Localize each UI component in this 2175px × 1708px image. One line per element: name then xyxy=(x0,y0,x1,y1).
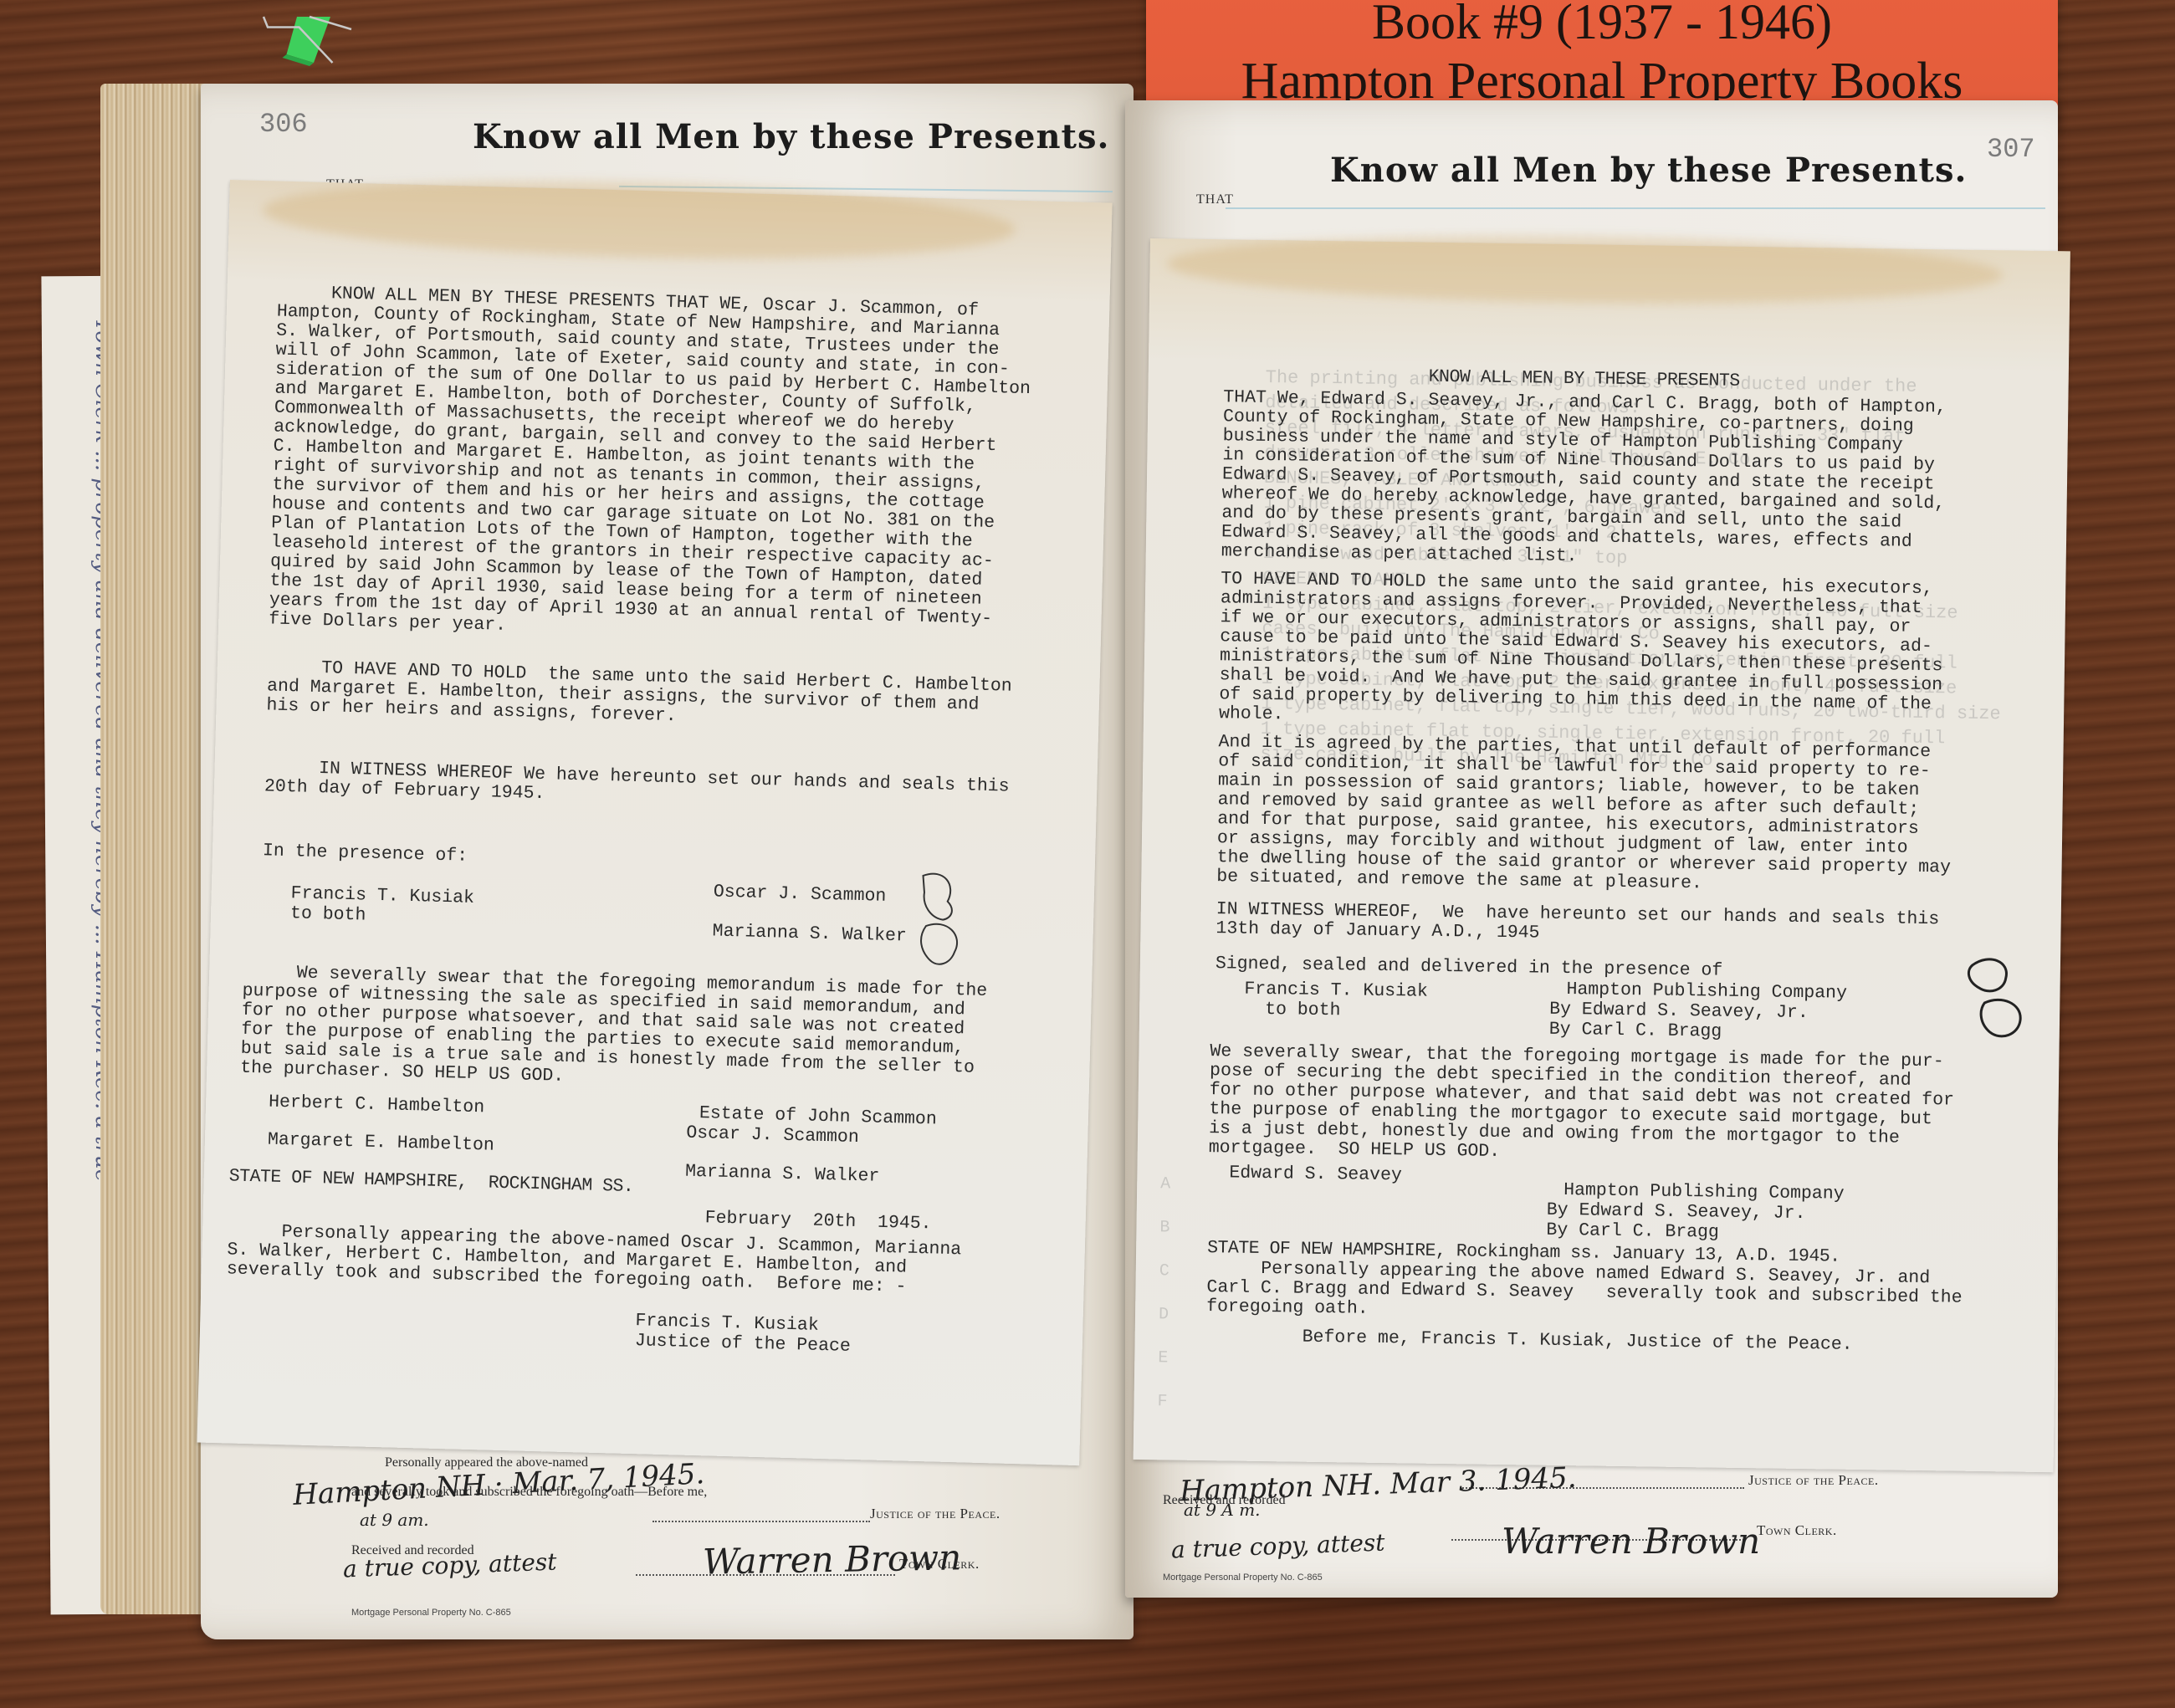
ruled-line xyxy=(1226,207,2045,209)
jurat-text: Personally appearing the above named Edw… xyxy=(1206,1259,1963,1327)
oath-signer-left: Edward S. Seavey xyxy=(1229,1163,1402,1185)
habendum-clause: TO HAVE AND TO HOLD the same unto the sa… xyxy=(1219,570,1944,734)
bleed-through-margin-letters: A B C D E F xyxy=(1157,1163,1170,1424)
signer-bragg: By Carl C. Bragg xyxy=(1549,1020,1722,1042)
archive-label-book-number: Book #9 (1937 - 1946) xyxy=(1146,0,2058,49)
page-header-title: Know all Men by these Presents. xyxy=(473,117,1109,156)
witness-clause: IN WITNESS WHEREOF, We have hereunto set… xyxy=(1215,900,1939,949)
agreement-clause: And it is agreed by the parties, that un… xyxy=(1216,733,1952,897)
jurat-date: February 20th 1945. xyxy=(704,1209,931,1234)
presence-label: Signed, sealed and delivered in the pres… xyxy=(1215,954,1723,980)
form-number: Mortgage Personal Property No. C-865 xyxy=(351,1608,511,1618)
oath-signer-right-2: Oscar J. Scammon xyxy=(686,1124,859,1148)
town-clerk-signature: Warren Brown xyxy=(1502,1521,1760,1562)
justice-title: Justice of the Peace xyxy=(635,1332,852,1357)
presence-label: In the presence of: xyxy=(263,841,468,866)
page-header-title: Know all Men by these Presents. xyxy=(1330,151,1967,190)
signer-1: Oscar J. Scammon xyxy=(714,882,887,906)
before-me-line: Before me, Francis T. Kusiak, Justice of… xyxy=(1302,1328,1853,1355)
witness-clause: IN WITNESS WHEREOF We have hereunto set … xyxy=(264,758,1010,816)
thumbprint-seal-icon xyxy=(895,867,973,977)
habendum-clause: TO HAVE AND TO HOLD the same unto the sa… xyxy=(266,657,1012,734)
witness-note: to both xyxy=(290,904,366,925)
form-justice-label: Justice of the Peace. xyxy=(870,1506,1000,1522)
oath-signer-right-3: By Carl C. Bragg xyxy=(1546,1221,1719,1243)
oath-signer-left-1: Herbert C. Hambelton xyxy=(269,1093,485,1118)
witness-name: Francis T. Kusiak xyxy=(1244,980,1428,1002)
binder-clip-icon xyxy=(251,0,360,84)
form-town-clerk-label: Town Clerk. xyxy=(1757,1522,1837,1539)
jurat-text: Personally appearing the above-named Osc… xyxy=(227,1221,962,1298)
oath-signer-right-3: Marianna S. Walker xyxy=(685,1163,880,1187)
sale-oath: We severally swear that the foregoing me… xyxy=(240,963,988,1097)
page-number: 306 xyxy=(259,109,308,140)
handwritten-time: at 9 A m. xyxy=(1184,1500,1261,1520)
mortgage-body: THAT We, Edward S. Seavey, Jr., and Carl… xyxy=(1221,388,1947,571)
oath-signer-left-2: Margaret E. Hambelton xyxy=(268,1131,494,1156)
mortgage-oath: We severally swear, that the foregoing m… xyxy=(1209,1042,1955,1168)
typed-bill-of-sale-sheet: KNOW ALL MEN BY THESE PRESENTS THAT WE, … xyxy=(197,180,1112,1465)
town-clerk-signature: Warren Brown xyxy=(703,1537,962,1582)
witness-note: to both xyxy=(1265,1000,1341,1020)
form-number: Mortgage Personal Property No. C-865 xyxy=(1163,1572,1323,1583)
justice-signature-line xyxy=(652,1521,870,1522)
signer-2: Marianna S. Walker xyxy=(712,922,907,946)
thumbprint-seal-icon xyxy=(1955,953,2040,1046)
handwritten-time: at 9 am. xyxy=(360,1510,429,1530)
typed-mortgage-sheet: The printing and publishing business as … xyxy=(1134,238,2070,1472)
that-label: THAT xyxy=(1196,192,1234,207)
bill-of-sale-body: KNOW ALL MEN BY THESE PRESENTS THAT WE, … xyxy=(269,284,1033,650)
page-number: 307 xyxy=(1987,134,2035,165)
form-justice-label: Justice of the Peace. xyxy=(1748,1472,1879,1489)
jurisdiction: STATE OF NEW HAMPSHIRE, ROCKINGHAM SS. xyxy=(228,1167,633,1197)
